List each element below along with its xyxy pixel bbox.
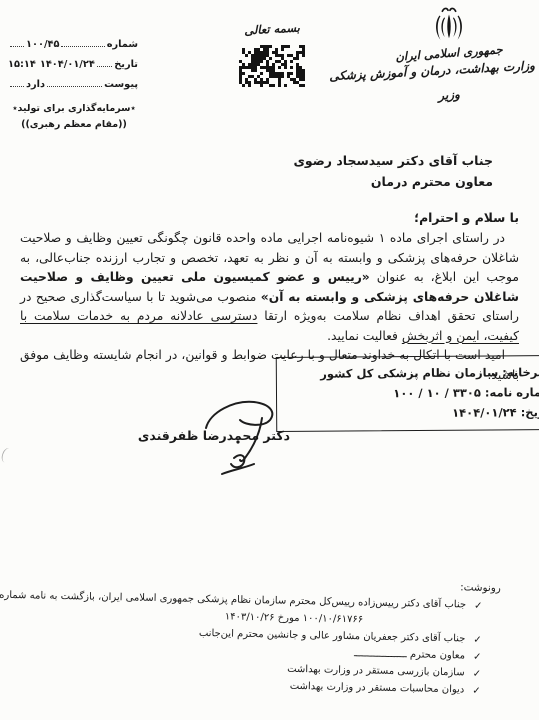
date-row: تاریخ ۱۴۰۴/۰۱/۲۴ ۱۵:۱۴ <box>8 50 138 70</box>
check-icon: ✓ <box>474 598 483 615</box>
cc-block: رونوشت: ✓ جناب آقای دکتر رییس‌زاده رییس‌… <box>0 570 539 700</box>
appointment-paragraph: در راستای اجرای ماده ۱ شیوه‌نامه اجرایی … <box>20 229 519 346</box>
date-value: ۱۴۰۴/۰۱/۲۴ <box>40 59 95 70</box>
letterhead-fields: شماره ۱۰۰/۴۵ تاریخ ۱۴۰۴/۰۱/۲۴ ۱۵:۱۴ پیوس… <box>8 30 138 90</box>
signature-block: دکتر محمدرضا ظفرقندی <box>142 404 294 490</box>
check-icon: ✓ <box>473 632 482 649</box>
dotted-leader <box>61 45 104 47</box>
paragraph-text: فعالیت نمایید. <box>327 329 402 343</box>
dotted-leader <box>97 65 112 67</box>
letterhead-center: بسمه تعالی <box>237 22 307 89</box>
slogan-text: ٭سرمایه‌گذاری برای تولید٭ <box>10 101 138 117</box>
secretariat-date: تاریخ: ۱۴۰۴/۰۱/۲۴ <box>287 402 539 424</box>
dotted-leader <box>10 45 24 47</box>
ink-smudge <box>0 447 14 464</box>
letterhead-right: جمهوری اسلامی ایران وزارت بهداشت، درمان … <box>363 5 535 102</box>
attachment-label: پیوست <box>104 79 138 90</box>
slogan-attribution: ((مقام معظم رهبری)) <box>10 117 138 133</box>
dotted-leader <box>10 85 24 87</box>
dotted-leader <box>47 85 102 87</box>
number-value: ۱۰۰/۴۵ <box>26 39 59 50</box>
cc-item-text: دیوان محاسبات مستقر در وزارت بهداشت <box>290 678 465 699</box>
date-label: تاریخ <box>114 59 138 70</box>
secretariat-stamp-box: دبیرخانه: سازمان نظام پزشکی کل کشور شمار… <box>276 355 539 432</box>
secretariat-letter-number: شماره نامه: ۳۳۰۵ / ۱۰ / ۱۰۰ <box>287 382 539 404</box>
check-icon: ✓ <box>473 649 482 666</box>
number-row: شماره ۱۰۰/۴۵ <box>8 30 138 50</box>
check-icon: ✓ <box>472 683 481 700</box>
recipient-block: جناب آقای دکتر سیدسجاد رضوی معاون محترم … <box>293 150 493 192</box>
attachment-row: پیوست دارد <box>8 70 138 90</box>
secretariat-org: دبیرخانه: سازمان نظام پزشکی کل کشور <box>287 362 539 384</box>
attachment-value: دارد <box>26 79 45 90</box>
recipient-name: جناب آقای دکتر سیدسجاد رضوی <box>293 150 493 171</box>
salutation: با سلام و احترام؛ <box>20 210 519 225</box>
recipient-role: معاون محترم درمان <box>293 171 493 192</box>
iran-emblem-icon <box>430 5 468 45</box>
barcode <box>239 45 305 89</box>
signatory-name: دکتر محمدرضا ظفرقندی <box>138 428 290 443</box>
bismillah-text: بسمه تعالی <box>237 20 308 38</box>
year-slogan: ٭سرمایه‌گذاری برای تولید٭ ((مقام معظم ره… <box>10 101 138 133</box>
letter-page: شماره ۱۰۰/۴۵ تاریخ ۱۴۰۴/۰۱/۲۴ ۱۵:۱۴ پیوس… <box>0 0 539 720</box>
check-icon: ✓ <box>472 666 481 683</box>
minister-title: وزیر <box>363 82 536 108</box>
number-label: شماره <box>107 39 138 50</box>
time-value: ۱۵:۱۴ <box>8 59 36 70</box>
